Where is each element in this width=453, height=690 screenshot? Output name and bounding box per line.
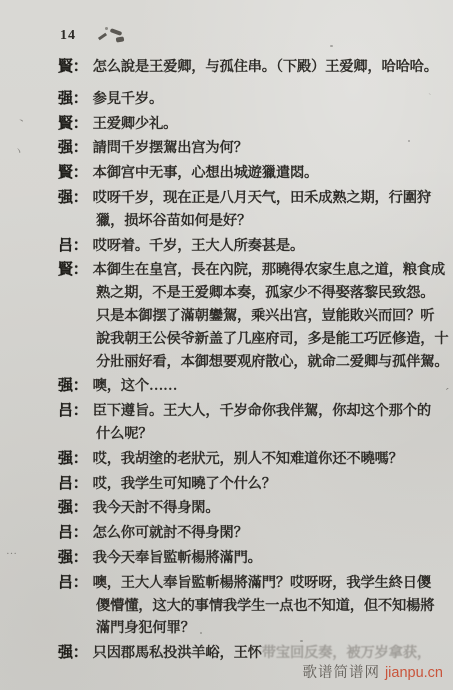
dialogue-line: 我今天奉旨監斬楊將滿門。 bbox=[93, 550, 262, 566]
dialogue-line: 獵，损坏谷苗如何是好？ bbox=[96, 213, 251, 229]
dialogue-line: 分壯丽好看，本御想要观府散心，就命二爱卿与孤伴駕。 bbox=[96, 354, 448, 370]
speaker-label: 强： bbox=[58, 645, 88, 661]
speaker-label: 强： bbox=[58, 500, 88, 516]
dialogue-line: 噢，王大人奉旨監斬楊將滿門？哎呀呀，我学生終日儍 bbox=[93, 575, 431, 591]
dialogue-line: 哎，我学生可知曉了个什么？ bbox=[93, 476, 276, 492]
dialogue-line: 本御生在皇宫，長在內院，那曉得农家生息之道，粮食成 bbox=[93, 262, 445, 278]
scanned-script-page: 14 賢：怎么說是王爱卿，与孤住串。（下殿）王爱卿，哈哈哈。强：参見千岁。賢：王… bbox=[0, 0, 453, 690]
dialogue-line-faded: 带宝回反奏，被万岁拿获， bbox=[262, 645, 431, 661]
speaker-label: 强： bbox=[58, 451, 88, 467]
dialogue-line: 哎呀着。千岁，王大人所奏甚是。 bbox=[93, 238, 304, 254]
speaker-label: 賢： bbox=[58, 116, 88, 132]
dialogue-entry: 吕：哎，我学生可知曉了个什么？ bbox=[0, 473, 453, 496]
dialogue-line: 請問千岁摆駕出宫为何？ bbox=[93, 140, 248, 156]
dialogue-entry: 强：参見千岁。 bbox=[0, 88, 453, 111]
dialogue-line: 哎呀千岁，现在正是八月天气，田禾成熟之期，行圍狩 bbox=[93, 190, 431, 206]
speaker-label: 賢： bbox=[58, 262, 88, 278]
speaker-label: 强： bbox=[58, 378, 88, 394]
dialogue-entry: 吕：噢，王大人奉旨監斬楊將滿門？哎呀呀，我学生終日儍儍懵懂，这大的事情我学生一点… bbox=[0, 572, 453, 640]
dialogue-line: 說我朝王公侯爷新盖了几座府司，多是能工巧匠修造，十 bbox=[96, 331, 448, 347]
dialogue-entry: 吕：臣下遵旨。王大人，千岁命你我伴駕，你却这个那个的什么呢？ bbox=[0, 400, 453, 446]
dialogue-line: 熟之期，不是王爱卿本奏，孤家少不得娶落黎民致怨。 bbox=[96, 285, 434, 301]
speaker-label: 吕： bbox=[58, 238, 88, 254]
speaker-label: 吕： bbox=[58, 476, 88, 492]
watermark-site-url: jianpu.cn bbox=[385, 665, 443, 681]
page-number: 14 bbox=[60, 28, 76, 44]
speaker-label: 吕： bbox=[58, 525, 88, 541]
dialogue-line: 儍懵懂，这大的事情我学生一点也不知道，但不知楊將 bbox=[96, 598, 434, 614]
dialogue-entry: 賢：本御宫中无事，心想出城遊獵遣悶。 bbox=[0, 162, 453, 185]
dialogue-entry: 强：噢，这个…… bbox=[0, 375, 453, 398]
dialogue-line: 哎，我胡塗的老狀元，别人不知难道你还不曉嗎？ bbox=[93, 451, 403, 467]
dialogue-line: 本御宫中无事，心想出城遊獵遣悶。 bbox=[93, 165, 319, 181]
dialogue-entry: 吕：怎么你可就討不得身閑？ bbox=[0, 522, 453, 545]
speaker-label: 賢： bbox=[58, 165, 88, 181]
speaker-label: 賢： bbox=[58, 59, 88, 75]
dialogue-line: 我今天討不得身閑。 bbox=[93, 500, 220, 516]
speaker-label: 强： bbox=[58, 190, 88, 206]
speaker-label: 吕： bbox=[58, 575, 88, 591]
dialogue-line: 怎么說是王爱卿，与孤住串。（下殿）王爱卿，哈哈哈。 bbox=[93, 59, 438, 75]
dialogue-line: 王爱卿少礼。 bbox=[93, 116, 178, 132]
dialogue-entry: 强：我今天討不得身閑。 bbox=[0, 497, 453, 520]
dialogue-text-block: 賢：怎么說是王爱卿，与孤住串。（下殿）王爱卿，哈哈哈。强：参見千岁。賢：王爱卿少… bbox=[0, 56, 453, 667]
dialogue-line: 只是本御摆了滿朝鑾駕，乘兴出宫，豈能敗兴而回？听 bbox=[96, 308, 434, 324]
scan-speck bbox=[330, 45, 333, 47]
dialogue-entry: 强：哎呀千岁，现在正是八月天气，田禾成熟之期，行圍狩獵，损坏谷苗如何是好？ bbox=[0, 187, 453, 233]
dialogue-entry: 吕：哎呀着。千岁，王大人所奏甚是。 bbox=[0, 235, 453, 258]
ink-smudge-artifact bbox=[96, 26, 130, 44]
dialogue-entry: 賢：王爱卿少礼。 bbox=[0, 113, 453, 136]
speaker-label: 强： bbox=[58, 91, 88, 107]
dialogue-line: 只因郡馬私投洪羊峪，王怀 bbox=[93, 645, 262, 661]
dialogue-line: 噢，这个…… bbox=[93, 378, 178, 394]
dialogue-line: 臣下遵旨。王大人，千岁命你我伴駕，你却这个那个的 bbox=[93, 403, 431, 419]
dialogue-entry: 强：哎，我胡塗的老狀元，别人不知难道你还不曉嗎？ bbox=[0, 448, 453, 471]
watermark: 歌谱简谱网jianpu.cn bbox=[302, 661, 443, 682]
dialogue-line: 参見千岁。 bbox=[93, 91, 163, 107]
speaker-label: 强： bbox=[58, 550, 88, 566]
speaker-label: 强： bbox=[58, 140, 88, 156]
dialogue-line: 滿門身犯何罪？ bbox=[96, 620, 195, 636]
dialogue-entry: 强：我今天奉旨監斬楊將滿門。 bbox=[0, 547, 453, 570]
dialogue-entry: 賢：本御生在皇宫，長在內院，那曉得农家生息之道，粮食成熟之期，不是王爱卿本奏，孤… bbox=[0, 259, 453, 373]
dialogue-entry: 賢：怎么說是王爱卿，与孤住串。（下殿）王爱卿，哈哈哈。 bbox=[0, 56, 453, 79]
dialogue-entry: 强：請問千岁摆駕出宫为何？ bbox=[0, 137, 453, 160]
dialogue-line: 怎么你可就討不得身閑？ bbox=[93, 525, 248, 541]
speaker-label: 吕： bbox=[58, 403, 88, 419]
watermark-site-name: 歌谱简谱网 bbox=[302, 665, 380, 681]
dialogue-line: 什么呢？ bbox=[96, 426, 152, 442]
